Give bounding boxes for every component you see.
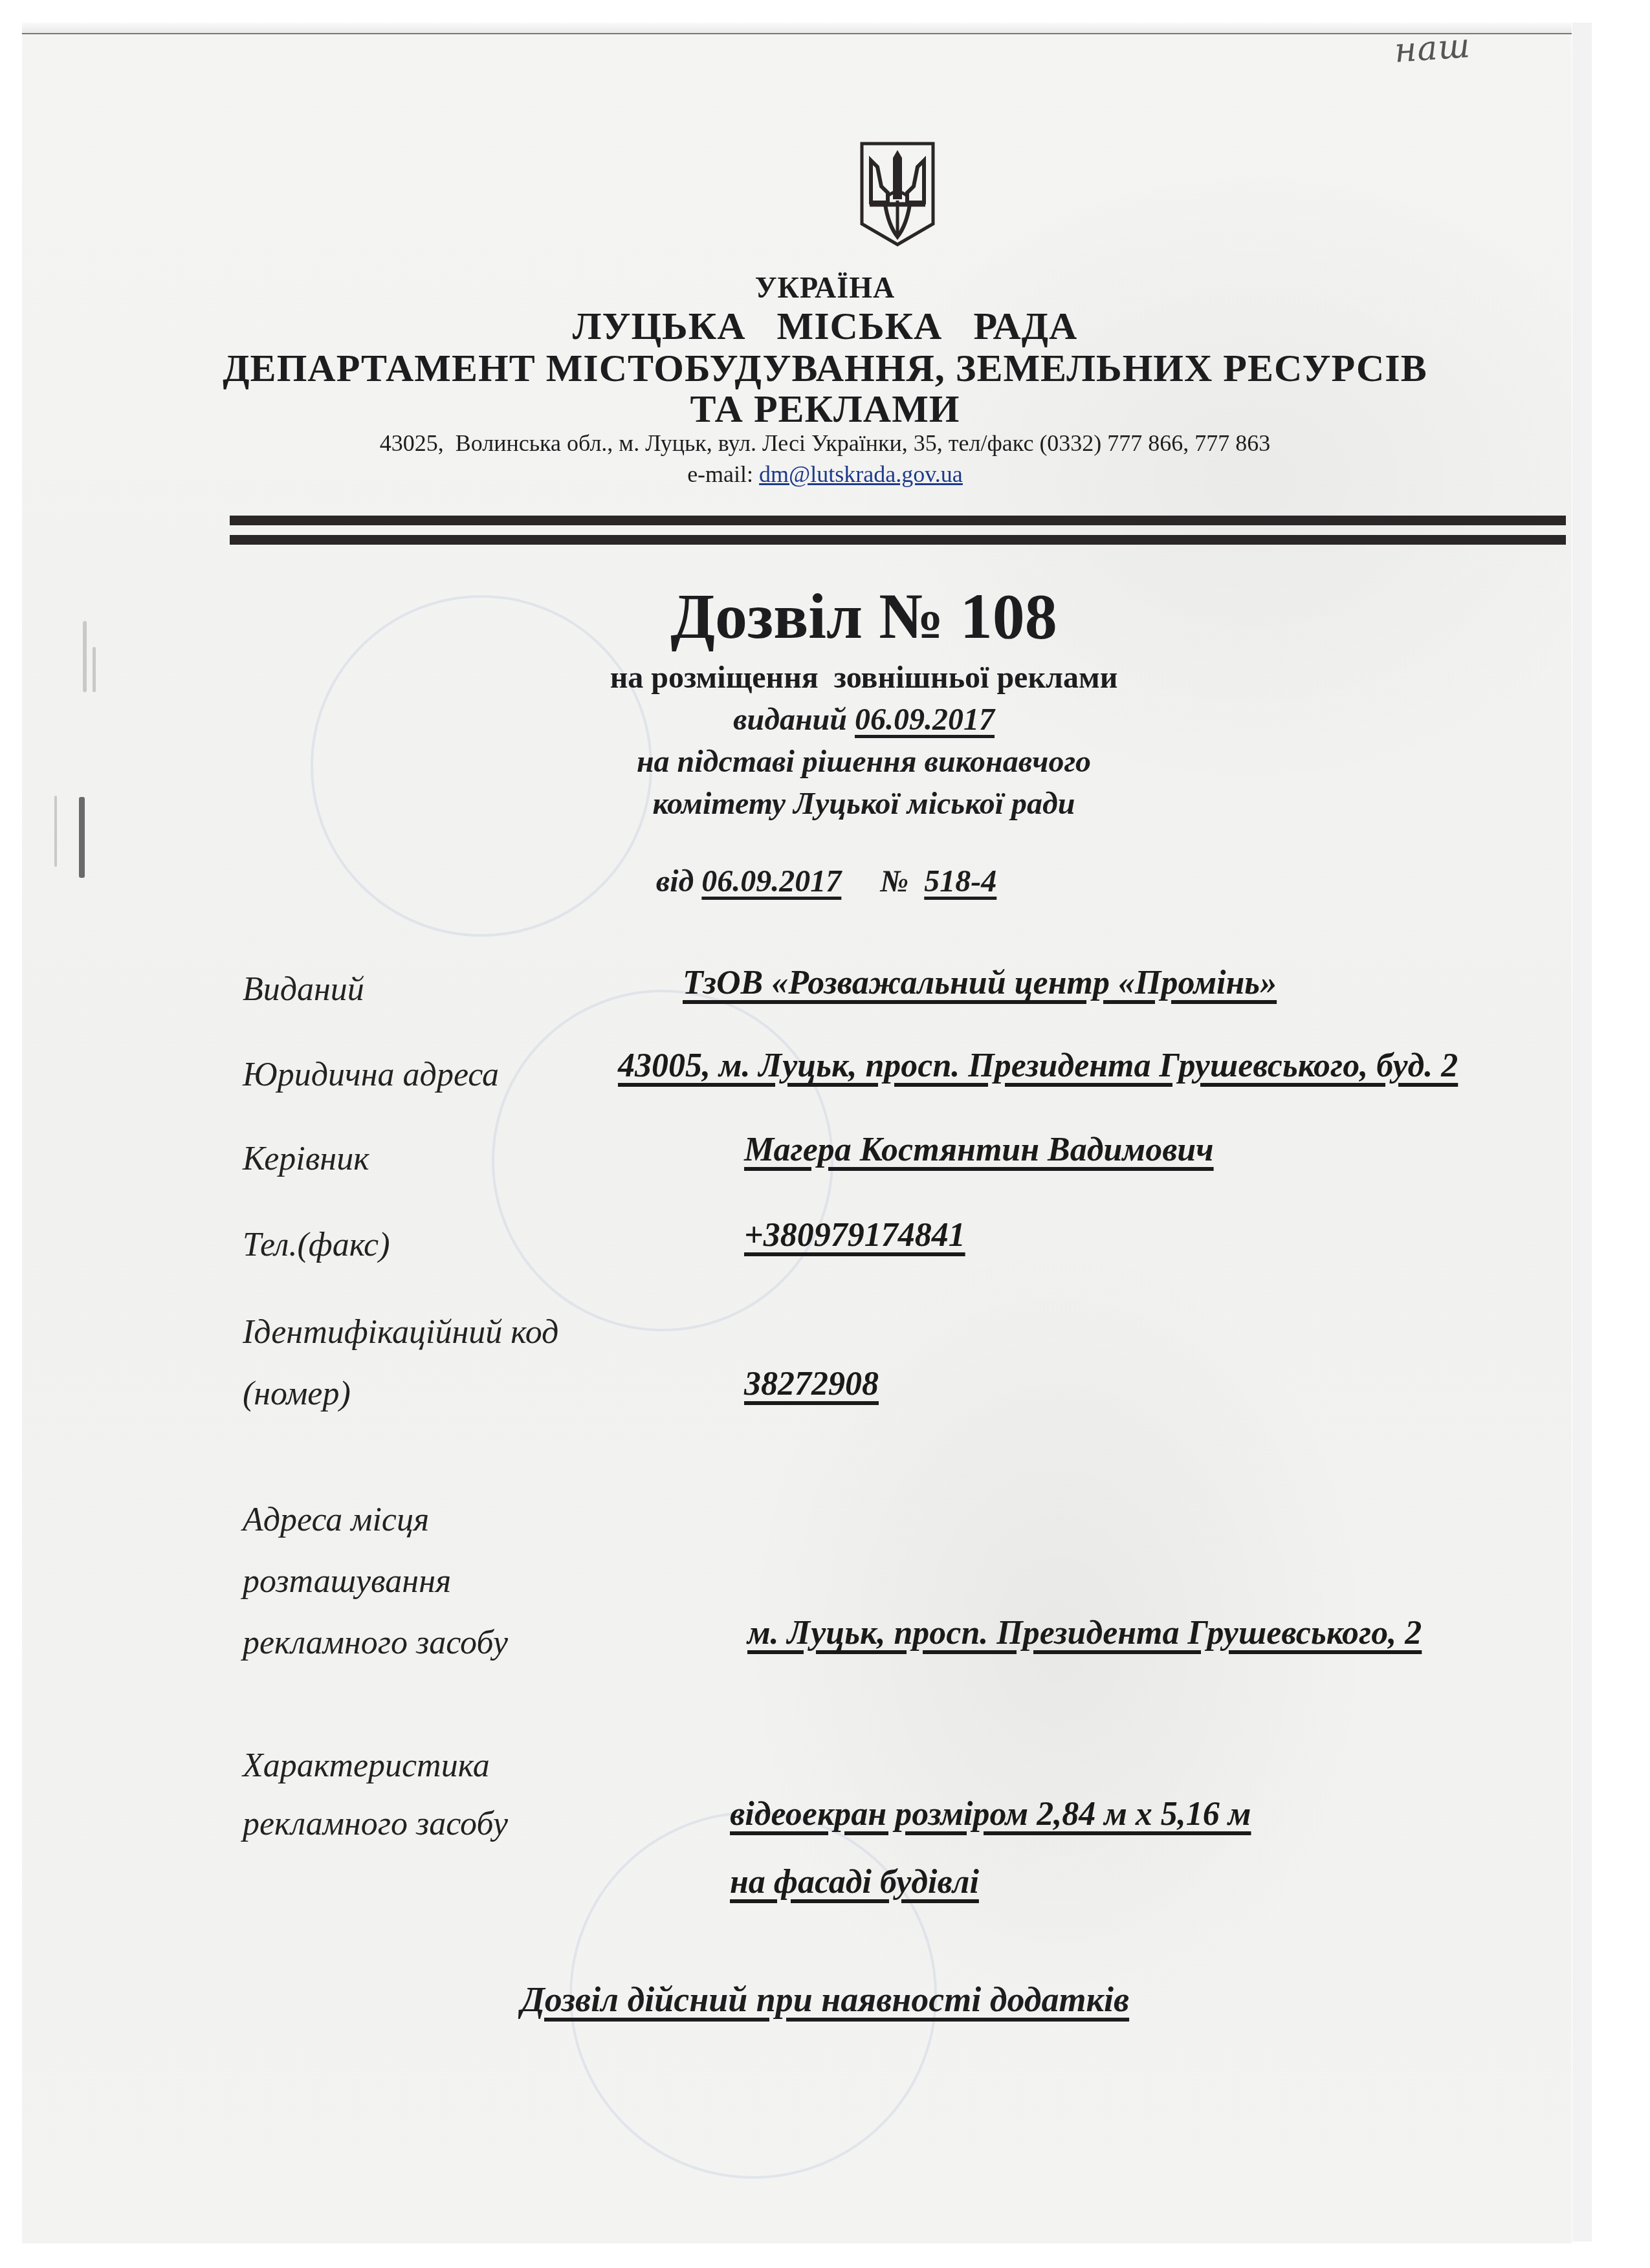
- permit-basis-line2: комітету Луцької міської ради: [39, 786, 1650, 822]
- permit-subtitle: на розміщення зовнішньої реклами: [39, 660, 1650, 695]
- characteristics-value-line2: на фасаді будівлі: [730, 1863, 979, 1901]
- validity-note: Дозвіл дійсний при наявності додатків: [0, 1979, 1650, 2020]
- handwritten-note: наш: [1393, 27, 1471, 71]
- permit-basis-line1: на підставі рішення виконавчого: [39, 744, 1650, 780]
- decision-number: 518-4: [924, 864, 996, 899]
- id-code-label-line2: (номер): [243, 1375, 351, 1413]
- location-label-line2: розташування: [243, 1562, 451, 1600]
- permit-decision-line: від 06.09.2017 № 518-4: [0, 828, 1644, 899]
- permit-issued-line: виданий 06.09.2017: [39, 702, 1650, 737]
- decision-date: 06.09.2017: [701, 864, 841, 899]
- director-value: Магера Костянтин Вадимович: [744, 1131, 1214, 1169]
- department-name-line1: ДЕПАРТАМЕНТ МІСТОБУДУВАННЯ, ЗЕМЕЛЬНИХ РЕ…: [0, 346, 1650, 391]
- issued-prefix: виданий: [733, 703, 855, 737]
- director-label: Керівник: [243, 1140, 369, 1178]
- validity-note-text: Дозвіл дійсний при наявності додатків: [521, 1980, 1129, 2019]
- country-name: УКРАЇНА: [0, 270, 1650, 305]
- decision-prefix: від: [656, 864, 702, 899]
- characteristics-label-line1: Характеристика: [243, 1747, 490, 1785]
- header-rule-bottom: [230, 535, 1566, 545]
- permit-title: Дозвіл № 108: [39, 579, 1650, 653]
- email-link[interactable]: dm@lutskrada.gov.ua: [759, 461, 963, 487]
- location-label-line3: рекламного засобу: [243, 1624, 508, 1662]
- paper-top-edge: [22, 23, 1572, 34]
- ukraine-trident-icon: [859, 141, 936, 247]
- phone-label: Тел.(факс): [243, 1226, 390, 1264]
- email-label: e-mail:: [687, 461, 759, 487]
- header-rule-top: [230, 516, 1566, 525]
- characteristics-label-line2: рекламного засобу: [243, 1805, 508, 1843]
- phone-value: +380979174841: [744, 1216, 965, 1254]
- department-address: 43025, Волинська обл., м. Луцьк, вул. Ле…: [0, 430, 1650, 457]
- id-code-label-line1: Ідентифікаційний код: [243, 1313, 558, 1351]
- issued-date: 06.09.2017: [855, 703, 995, 737]
- id-code-value: 38272908: [744, 1365, 879, 1403]
- location-label-line1: Адреса місця: [243, 1501, 429, 1539]
- legal-address-label: Юридична адреса: [243, 1056, 499, 1094]
- council-name: ЛУЦЬКА МІСЬКА РАДА: [0, 304, 1650, 349]
- issued-to-label: Виданий: [243, 970, 364, 1009]
- email-line: e-mail: dm@lutskrada.gov.ua: [0, 461, 1650, 488]
- legal-address-value: 43005, м. Луцьк, просп. Президента Груше…: [618, 1047, 1458, 1085]
- department-name-line2: ТА РЕКЛАМИ: [0, 387, 1650, 431]
- characteristics-value-line1: відеоекран розміром 2,84 м х 5,16 м: [730, 1795, 1251, 1833]
- location-value: м. Луцьк, просп. Президента Грушевського…: [747, 1614, 1422, 1652]
- issued-to-value: ТзОВ «Розважальний центр «Промінь»: [683, 964, 1277, 1002]
- decision-number-label: №: [841, 864, 924, 899]
